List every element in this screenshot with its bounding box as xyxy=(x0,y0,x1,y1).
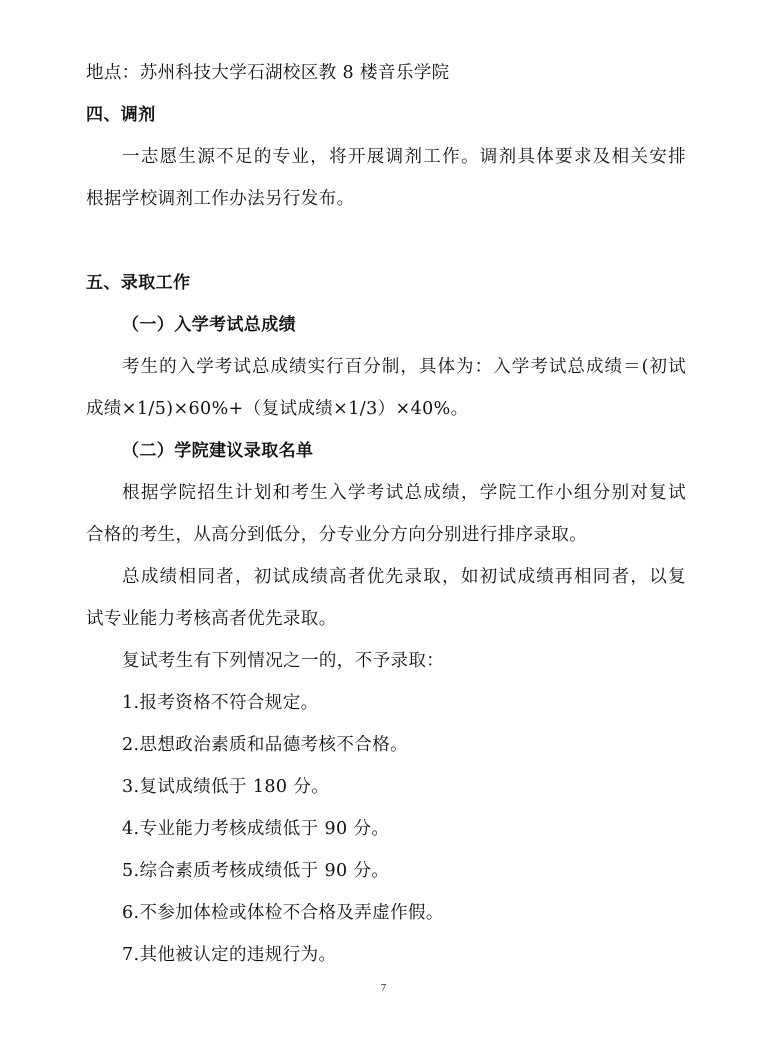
list-item: 4.专业能力考核成绩低于 90 分。 xyxy=(86,814,688,856)
location-line: 地点：苏州科技大学石湖校区教 8 楼音乐学院 xyxy=(86,58,688,100)
list-item: 5.综合素质考核成绩低于 90 分。 xyxy=(86,856,688,898)
spacer xyxy=(86,226,688,268)
section-4-paragraph-line-2: 根据学校调剂工作办法另行发布。 xyxy=(86,184,688,226)
document-page: 地点：苏州科技大学石湖校区教 8 楼音乐学院 四、调剂 一志愿生源不足的专业，将… xyxy=(86,58,688,982)
list-item: 1.报考资格不符合规定。 xyxy=(86,688,688,730)
subsection-2-paragraph-1-line-2: 合格的考生，从高分到低分，分专业分方向分别进行排序录取。 xyxy=(86,520,688,562)
list-item: 7.其他被认定的违规行为。 xyxy=(86,940,688,982)
list-item: 3.复试成绩低于 180 分。 xyxy=(86,772,688,814)
subsection-2-paragraph-3: 复试考生有下列情况之一的，不予录取： xyxy=(86,646,688,688)
subsection-1-paragraph-line-2: 成绩×1/5)×60%+（复试成绩×1/3）×40%。 xyxy=(86,394,688,436)
subsection-2-heading: （二）学院建议录取名单 xyxy=(86,436,688,478)
subsection-2-paragraph-2-line-1: 总成绩相同者，初试成绩高者优先录取，如初试成绩再相同者，以复 xyxy=(86,562,686,604)
subsection-1-heading: （一）入学考试总成绩 xyxy=(86,310,688,352)
list-item: 6.不参加体检或体检不合格及弄虚作假。 xyxy=(86,898,688,940)
subsection-2-paragraph-2-line-2: 试专业能力考核高者优先录取。 xyxy=(86,604,688,646)
subsection-1-paragraph-line-1: 考生的入学考试总成绩实行百分制，具体为：入学考试总成绩＝(初试 xyxy=(86,352,686,394)
list-item: 2.思想政治素质和品德考核不合格。 xyxy=(86,730,688,772)
page-number: 7 xyxy=(0,982,767,994)
section-5-heading: 五、录取工作 xyxy=(86,268,688,310)
section-4-heading: 四、调剂 xyxy=(86,100,688,142)
section-4-paragraph-line-1: 一志愿生源不足的专业，将开展调剂工作。调剂具体要求及相关安排 xyxy=(86,142,686,184)
subsection-2-paragraph-1-line-1: 根据学院招生计划和考生入学考试总成绩，学院工作小组分别对复试 xyxy=(86,478,686,520)
